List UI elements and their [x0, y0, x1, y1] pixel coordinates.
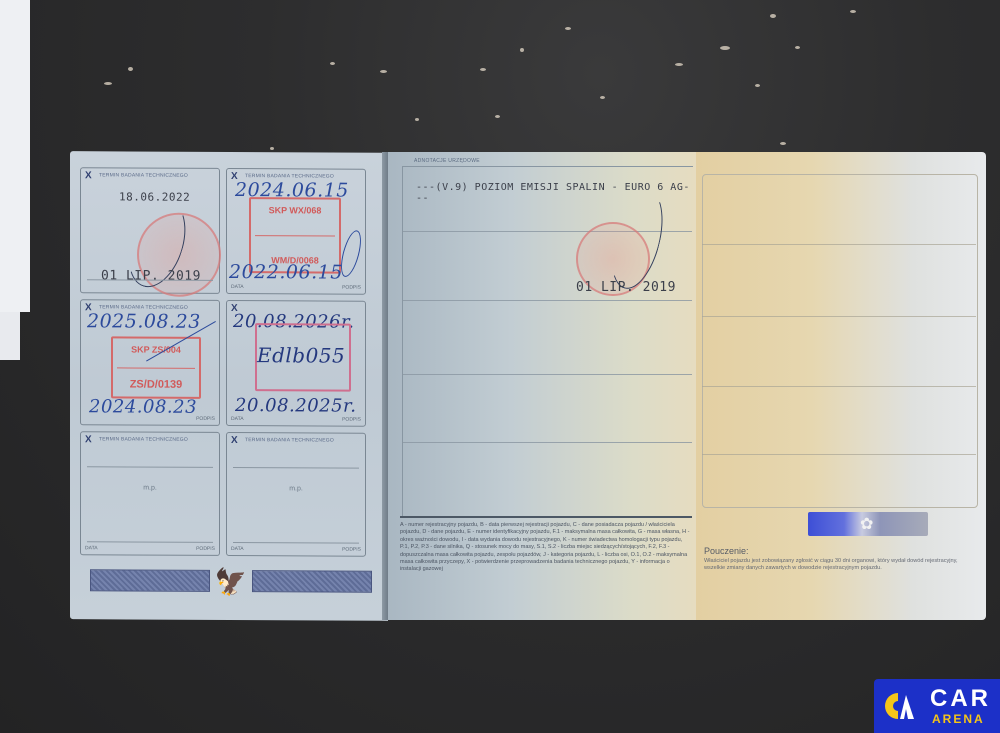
- table-speck: [415, 118, 419, 121]
- annotation-line: [402, 374, 692, 375]
- footer-data-label: DATA: [231, 416, 244, 422]
- slot-divider: [233, 467, 359, 469]
- stamp-divider: [255, 235, 335, 236]
- legend-text: A - numer rejestracyjny pojazdu, B - dat…: [400, 522, 692, 574]
- white-paper-edge: [0, 312, 20, 360]
- banner-bar-right: [252, 570, 372, 593]
- table-speck: [755, 84, 760, 87]
- security-hologram: ✿: [808, 512, 928, 536]
- white-paper-edge: [0, 0, 30, 312]
- official-annotations-page: ADNOTACJE URZĘDOWE ---(V.9) POZIOM EMISJ…: [388, 152, 696, 620]
- page-line: [702, 386, 976, 387]
- stamp-divider: [117, 367, 195, 368]
- stamp-placeholder: m.p.: [81, 484, 219, 492]
- page-line: [702, 454, 976, 455]
- footer-signature-label: PODPIS: [342, 417, 361, 423]
- typed-date: 18.06.2022: [119, 190, 190, 203]
- table-speck: [330, 62, 335, 65]
- national-banner: 🦅: [90, 569, 372, 596]
- page-line: [702, 316, 976, 317]
- page-frame: [702, 174, 978, 508]
- slot-header: TERMIN BADANIA TECHNICZNEGO: [99, 436, 188, 442]
- logo-text-car: CAR: [930, 685, 991, 713]
- footer-signature-label: PODPIS: [196, 416, 215, 422]
- x-mark: X: [85, 170, 92, 181]
- signature-line: [87, 541, 213, 543]
- inspection-slot: X TERMIN BADANIA TECHNICZNEGO 2025.08.23…: [80, 299, 220, 426]
- inspection-slot: X 20.08.2026r. Edlb055 20.08.2025r. DATA…: [226, 300, 366, 427]
- next-inspection-date: 2025.08.23: [87, 310, 201, 333]
- stamp-date: 01 LIP. 2019: [101, 268, 201, 284]
- table-speck: [850, 10, 856, 13]
- table-speck: [270, 147, 274, 150]
- x-mark: X: [85, 434, 92, 445]
- inspection-page: X TERMIN BADANIA TECHNICZNEGO 18.06.2022…: [70, 151, 388, 621]
- annotation-line: [402, 442, 692, 443]
- slot-header: TERMIN BADANIA TECHNICZNEGO: [245, 437, 334, 443]
- table-speck: [380, 70, 387, 73]
- table-speck: [600, 96, 605, 99]
- stamp-line-2: ZS/D/0139: [113, 378, 199, 390]
- inspection-date: 20.08.2025r.: [235, 395, 356, 417]
- inspection-date: 2022.06.15: [229, 261, 343, 284]
- footer-signature-label: PODPIS: [342, 547, 361, 553]
- table-speck: [780, 142, 786, 145]
- footer-data-label: DATA: [85, 545, 98, 551]
- notice-text: Właściciel pojazdu jest zobowiązany zgło…: [704, 558, 970, 572]
- car-arena-logo-icon: [882, 689, 916, 723]
- stamp-date: 01 LIP. 2019: [576, 280, 676, 295]
- stamp-line-1: SKP WX/068: [251, 205, 339, 215]
- inspection-station-stamp: SKP ZS/004 ZS/D/0139: [111, 336, 201, 398]
- registration-document: X TERMIN BADANIA TECHNICZNEGO 18.06.2022…: [70, 152, 990, 620]
- table-speck: [104, 82, 112, 85]
- stamp-placeholder: m.p.: [227, 485, 365, 493]
- stamp-line-1: SKP ZS/004: [113, 344, 199, 354]
- field-legend: A - numer rejestracyjny pojazdu, B - dat…: [400, 516, 692, 618]
- polish-eagle-icon: 🦅: [214, 566, 248, 598]
- table-speck: [795, 46, 800, 49]
- notice-page: ✿ Pouczenie: Właściciel pojazdu jest zob…: [696, 152, 986, 620]
- inspection-slot: X TERMIN BADANIA TECHNICZNEGO 18.06.2022…: [80, 167, 220, 294]
- inspection-slot-empty: X TERMIN BADANIA TECHNICZNEGO m.p. DATA …: [226, 432, 366, 557]
- footer-signature-label: PODPIS: [342, 285, 361, 291]
- table-speck: [495, 115, 500, 118]
- x-mark: X: [231, 435, 238, 446]
- car-arena-logo: CAR ARENA: [874, 679, 1000, 733]
- signature-scribble: [337, 228, 365, 279]
- slot-divider: [87, 466, 213, 468]
- inspection-date: 2024.08.23: [89, 396, 197, 418]
- section-label: ADNOTACJE URZĘDOWE: [414, 158, 480, 164]
- banner-bar-left: [90, 569, 210, 592]
- footer-data-label: DATA: [231, 546, 244, 552]
- table-speck: [720, 46, 730, 50]
- signature-line: [233, 542, 359, 544]
- inspection-slot: X TERMIN BADANIA TECHNICZNEGO 2024.06.15…: [226, 168, 366, 295]
- table-speck: [565, 27, 571, 30]
- table-speck: [480, 68, 486, 71]
- table-speck: [128, 67, 133, 71]
- logo-text-arena: ARENA: [932, 712, 985, 726]
- table-speck: [520, 48, 524, 52]
- hologram-emblem-icon: ✿: [860, 514, 873, 534]
- slot-header: TERMIN BADANIA TECHNICZNEGO: [99, 172, 188, 178]
- table-speck: [675, 63, 683, 66]
- inspection-slot-empty: X TERMIN BADANIA TECHNICZNEGO m.p. DATA …: [80, 431, 220, 556]
- footer-signature-label: PODPIS: [196, 546, 215, 552]
- notice-title: Pouczenie:: [704, 546, 749, 556]
- inspector-signature: Edlb055: [257, 343, 345, 367]
- table-speck: [770, 14, 776, 18]
- annotation-line: [402, 300, 692, 301]
- footer-data-label: DATA: [231, 284, 244, 290]
- page-line: [702, 244, 976, 245]
